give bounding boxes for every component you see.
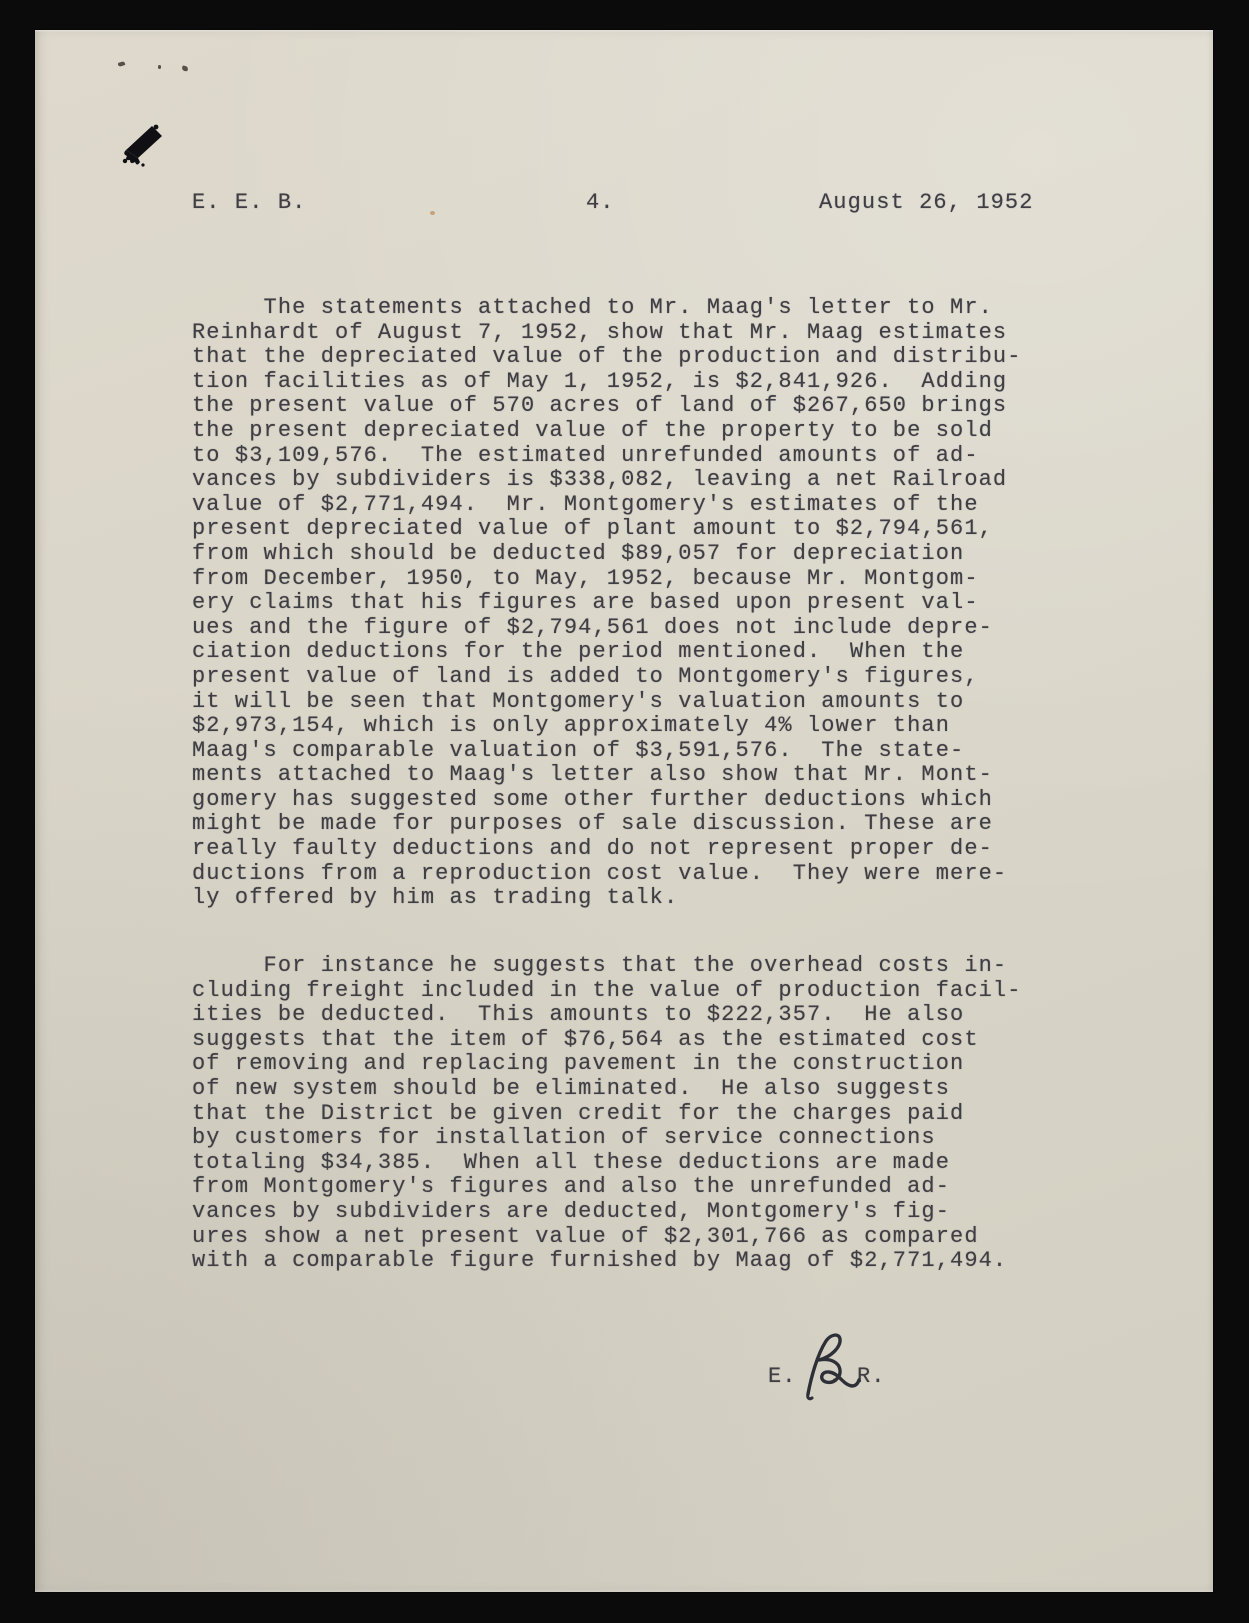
paper-speck	[158, 65, 161, 69]
author-initials: E. E. B.	[192, 191, 306, 216]
page-number: 4.	[586, 191, 615, 216]
document-page: E. E. B. 4. August 26, 1952 The statemen…	[35, 30, 1213, 1592]
ink-blot-mark	[118, 116, 170, 170]
scan-background: { "theme": { "bg": "#0b0b0b", "paper": "…	[0, 0, 1249, 1623]
handwritten-initial-r-icon	[798, 1330, 862, 1408]
paper-speck	[118, 61, 126, 67]
paper-speck	[182, 65, 189, 71]
signature-typed-first-initial: E.	[768, 1365, 797, 1390]
body-paragraph-2: For instance he suggests that the overhe…	[192, 954, 1072, 1274]
document-date: August 26, 1952	[819, 191, 1034, 216]
paper-speck	[430, 211, 435, 215]
body-paragraph-1: The statements attached to Mr. Maag's le…	[192, 296, 1072, 911]
